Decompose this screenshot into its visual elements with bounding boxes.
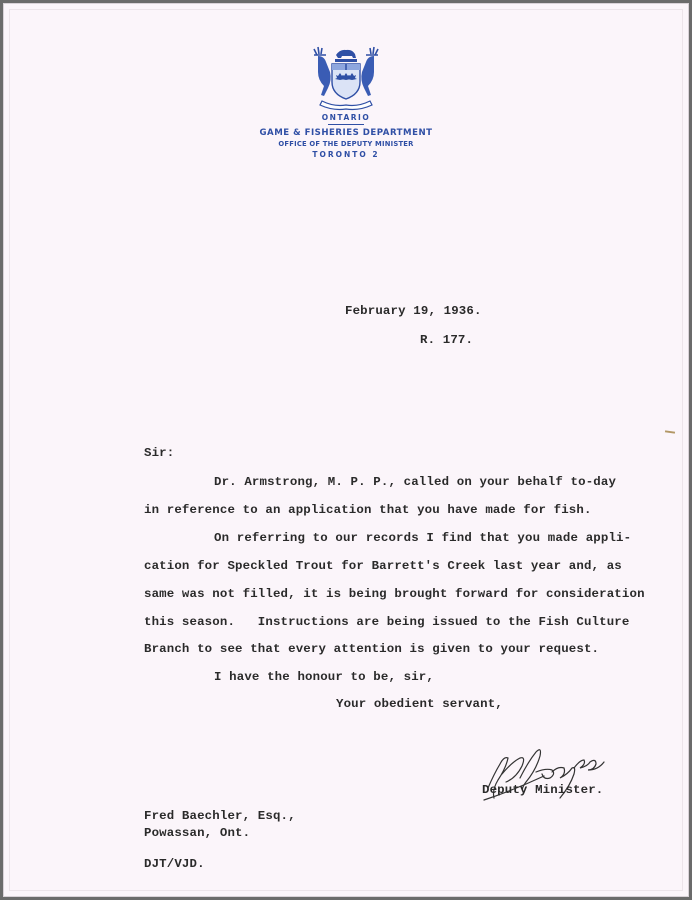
body-line: in reference to an application that you … xyxy=(144,503,592,517)
typist-initials: DJT/VJD. xyxy=(144,857,205,871)
body-line: Branch to see that every attention is gi… xyxy=(144,642,599,656)
signatory-title: Deputy Minister. xyxy=(482,783,603,797)
letterhead: ONTARIO GAME & FISHERIES DEPARTMENT OFFI… xyxy=(0,45,692,160)
reference-number: R. 177. xyxy=(420,333,473,347)
letterhead-divider xyxy=(328,124,364,125)
salutation: Sir: xyxy=(144,446,174,460)
letterhead-department: GAME & FISHERIES DEPARTMENT xyxy=(0,128,692,139)
recipient-name: Fred Baechler, Esq., xyxy=(144,809,296,823)
body-line: same was not filled, it is being brought… xyxy=(144,587,645,601)
letterhead-city: TORONTO 2 xyxy=(0,149,692,160)
body-line: On referring to our records I find that … xyxy=(214,531,631,545)
handwritten-signature-icon xyxy=(478,738,618,808)
letter-date: February 19, 1936. xyxy=(345,304,482,318)
body-line: I have the honour to be, sir, xyxy=(214,670,434,684)
body-line: this season. Instructions are being issu… xyxy=(144,615,629,629)
body-line: Dr. Armstrong, M. P. P., called on your … xyxy=(214,475,616,489)
letterhead-province: ONTARIO xyxy=(0,113,692,122)
recipient-location: Powassan, Ont. xyxy=(144,826,250,840)
closing: Your obedient servant, xyxy=(336,697,503,711)
letterhead-office: OFFICE OF THE DEPUTY MINISTER xyxy=(0,139,692,149)
coat-of-arms-icon xyxy=(310,45,382,111)
body-line: cation for Speckled Trout for Barrett's … xyxy=(144,559,622,573)
